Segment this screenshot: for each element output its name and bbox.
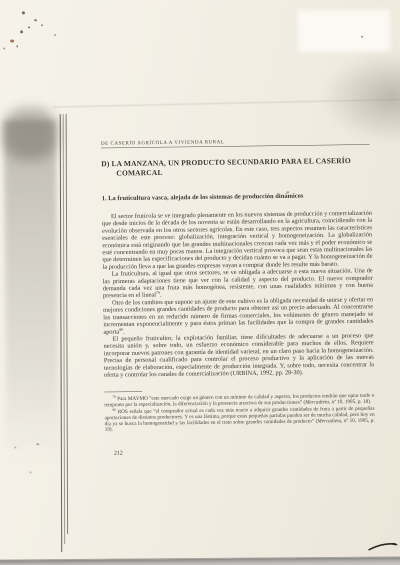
speckle xyxy=(54,34,56,36)
page-content: DE CASERÍO AGRÍCOLA A VIVIENDA RURAL D) … xyxy=(101,137,375,456)
scan-background: { "doc": { "running_header": "DE CASERÍO… xyxy=(0,0,400,565)
journal-name: Mercadieta xyxy=(317,418,341,424)
spine-line xyxy=(60,114,63,552)
speckle xyxy=(3,48,5,50)
speckle xyxy=(10,39,14,42)
speckle xyxy=(20,30,23,33)
corner-shadow xyxy=(320,51,400,144)
paragraph: El sector frutícola se ve integrado plen… xyxy=(102,209,373,270)
speckle xyxy=(361,36,363,38)
footnote: 80 ROS señala que “el comprador actual e… xyxy=(104,406,374,433)
paragraph: Otro de los cambios que supone un ajuste… xyxy=(103,296,373,336)
speckle xyxy=(28,26,30,28)
speckle xyxy=(30,471,32,473)
speckle xyxy=(36,443,39,445)
spine-shadow-band xyxy=(4,120,59,458)
speckle xyxy=(14,446,16,448)
paragraph: La fruticultura, al igual que otros sect… xyxy=(103,267,373,299)
ink-mark xyxy=(368,539,398,551)
chapter-title: D) LA MANZANA, UN PRODUCTO SECUNDARIO PA… xyxy=(101,156,371,179)
section-heading: 1. La fruticultura vasca, alejada de los… xyxy=(102,191,372,203)
paragraph: El pequeño fruticultor, la explotación f… xyxy=(103,332,374,379)
footnotes: 79 Para MAYMO “este mercado exige un gén… xyxy=(104,393,374,433)
spine-line xyxy=(66,114,68,534)
spine-line xyxy=(63,114,66,544)
journal-name: Mercadieta xyxy=(305,399,329,405)
speckle xyxy=(41,24,43,26)
page-number: 212 xyxy=(105,446,375,456)
speckle xyxy=(34,19,37,21)
footnote-rule xyxy=(104,391,142,392)
body-text: El sector frutícola se ve integrado plen… xyxy=(102,209,374,378)
scanned-page: DE CASERÍO AGRÍCOLA A VIVIENDA RURAL D) … xyxy=(0,0,400,561)
light-patch xyxy=(298,10,390,53)
speckle xyxy=(16,45,18,47)
speckle xyxy=(22,11,25,14)
